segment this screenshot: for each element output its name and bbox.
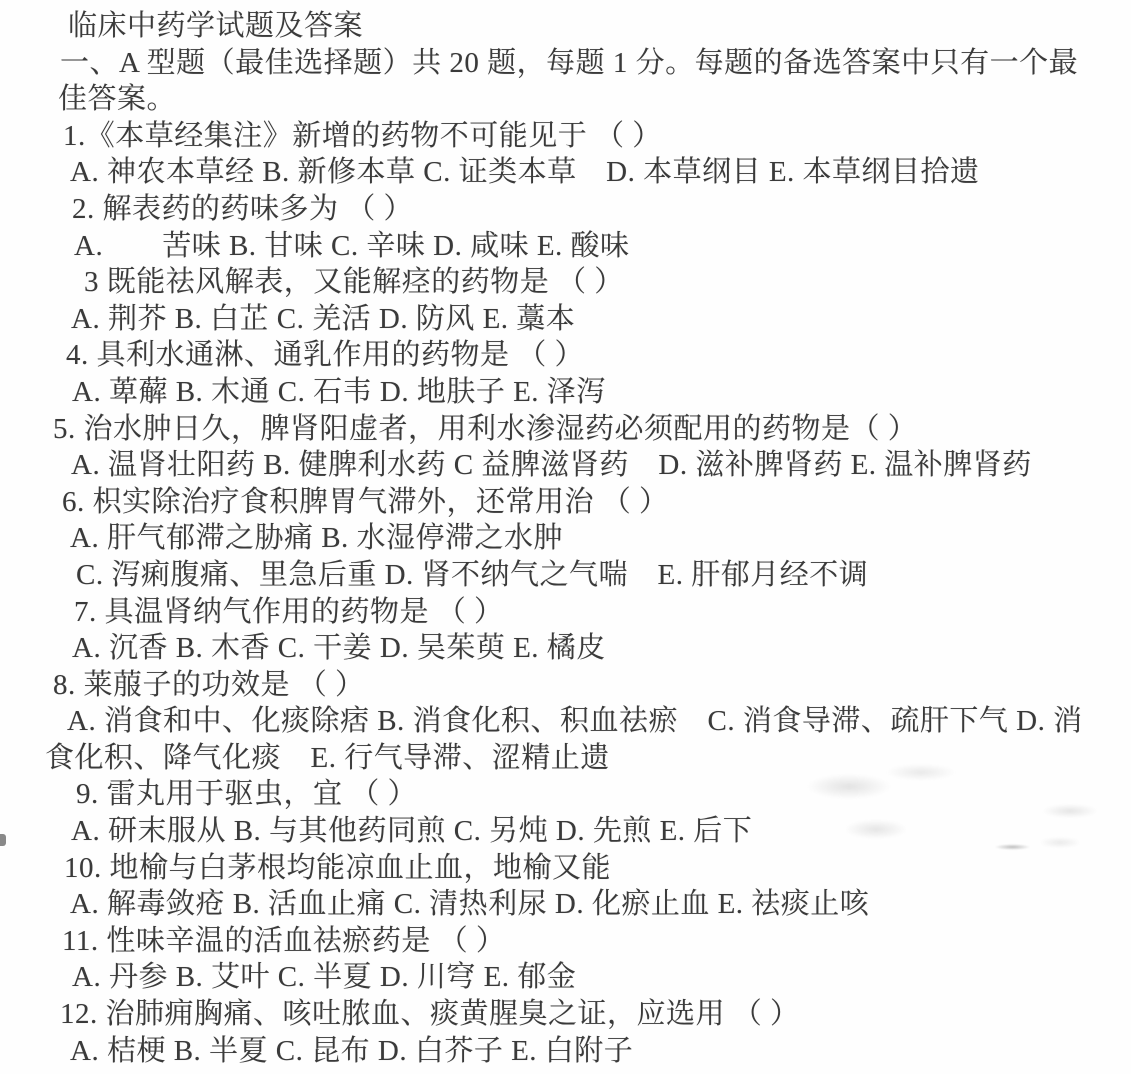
- text-line-options: A. 研末服从 B. 与其他药同煎 C. 另炖 D. 先煎 E. 后下: [0, 813, 1131, 850]
- text-line-options: A. 沉香 B. 木香 C. 干姜 D. 吴茱萸 E. 橘皮: [0, 630, 1131, 667]
- text-line-options: A. 温肾壮阳药 B. 健脾利水药 C 益脾滋肾药 D. 滋补脾肾药 E. 温补…: [0, 447, 1131, 484]
- text-line-options: A. 解毒敛疮 B. 活血止痛 C. 清热利尿 D. 化瘀止血 E. 祛痰止咳: [0, 886, 1131, 923]
- text-line-question: 2. 解表药的药味多为 （ ）: [0, 191, 1131, 228]
- text-line-question: 10. 地榆与白茅根均能凉血止血，地榆又能: [0, 850, 1131, 887]
- text-line-question: 6. 枳实除治疗食积脾胃气滞外，还常用治 （ ）: [0, 484, 1131, 521]
- text-line-options: A. 消食和中、化痰除痞 B. 消食化积、积血祛瘀 C. 消食导滞、疏肝下气 D…: [0, 703, 1131, 740]
- scanned-document-page: 临床中药学试题及答案一、A 型题（最佳选择题）共 20 题，每题 1 分。每题的…: [0, 0, 1131, 1074]
- text-line-question: 8. 莱菔子的功效是 （ ）: [0, 667, 1131, 704]
- text-line-options: C. 泻痢腹痛、里急后重 D. 肾不纳气之气喘 E. 肝郁月经不调: [0, 557, 1131, 594]
- text-line-options: 食化积、降气化痰 E. 行气导滞、涩精止遗: [0, 740, 1131, 777]
- text-line-options: A. 丹参 B. 艾叶 C. 半夏 D. 川穹 E. 郁金: [0, 959, 1131, 996]
- text-line-section-header: 佳答案。: [0, 81, 1131, 118]
- document-body: 临床中药学试题及答案一、A 型题（最佳选择题）共 20 题，每题 1 分。每题的…: [0, 0, 1131, 1069]
- text-line-options: A. 苦味 B. 甘味 C. 辛味 D. 咸味 E. 酸味: [0, 228, 1131, 265]
- text-line-question: 12. 治肺痈胸痛、咳吐脓血、痰黄腥臭之证，应选用 （ ）: [0, 996, 1131, 1033]
- text-line-question: 4. 具利水通淋、通乳作用的药物是 （ ）: [0, 337, 1131, 374]
- text-line-options: A. 神农本草经 B. 新修本草 C. 证类本草 D. 本草纲目 E. 本草纲目…: [0, 154, 1131, 191]
- text-line-options: A. 萆薢 B. 木通 C. 石韦 D. 地肤子 E. 泽泻: [0, 374, 1131, 411]
- text-line-question: 5. 治水肿日久，脾肾阳虚者，用利水渗湿药必须配用的药物是（ ）: [0, 411, 1131, 448]
- text-line-options: A. 肝气郁滞之胁痛 B. 水湿停滞之水肿: [0, 520, 1131, 557]
- text-line-title: 临床中药学试题及答案: [0, 8, 1131, 45]
- text-line-options: A. 荆芥 B. 白芷 C. 羌活 D. 防风 E. 藁本: [0, 301, 1131, 338]
- text-line-question: 7. 具温肾纳气作用的药物是 （ ）: [0, 594, 1131, 631]
- text-line-question: 1.《本草经集注》新增的药物不可能见于 （ ）: [0, 118, 1131, 155]
- text-line-question: 9. 雷丸用于驱虫，宜 （ ）: [0, 776, 1131, 813]
- text-line-question: 3 既能祛风解表，又能解痉的药物是 （ ）: [0, 264, 1131, 301]
- text-line-question: 11. 性味辛温的活血祛瘀药是 （ ）: [0, 923, 1131, 960]
- text-line-section-header: 一、A 型题（最佳选择题）共 20 题，每题 1 分。每题的备选答案中只有一个最: [0, 45, 1131, 82]
- text-line-options: A. 桔梗 B. 半夏 C. 昆布 D. 白芥子 E. 白附子: [0, 1033, 1131, 1070]
